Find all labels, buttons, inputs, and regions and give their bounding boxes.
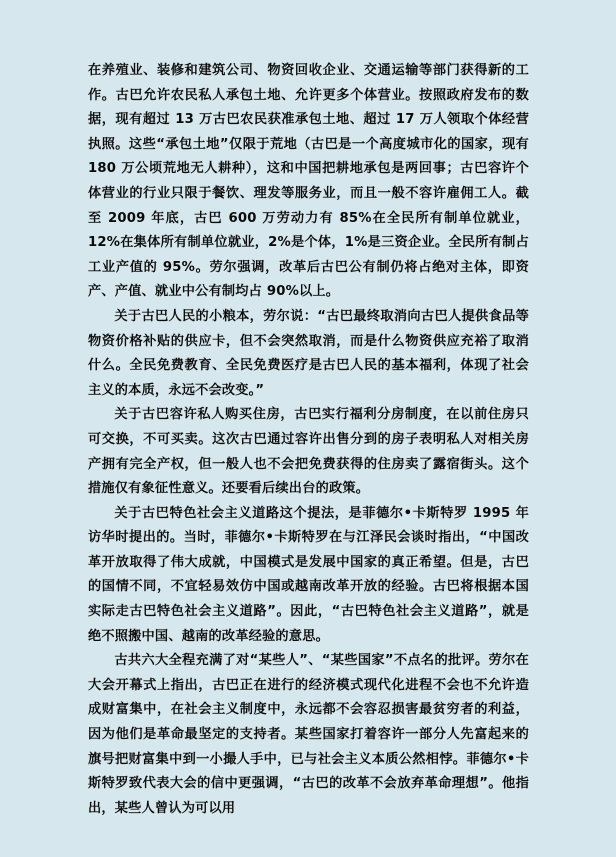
paragraph-cuban-socialism-road: 关于古巴特色社会主义道路这个提法，是菲德尔•卡斯特罗 1995 年访华时提出的。… — [88, 502, 529, 650]
text-block: 在养殖业、装修和建筑公司、物资回收企业、交通运输等部门获得新的工作。古巴允许农民… — [88, 59, 529, 821]
document-page: 在养殖业、装修和建筑公司、物资回收企业、交通运输等部门获得新的工作。古巴允许农民… — [0, 0, 616, 857]
paragraph-party-congress-criticism: 古共六大全程充满了对“某些人”、“某些国家”不点名的批评。劳尔在大会开幕式上指出… — [88, 649, 529, 821]
paragraph-ration-book: 关于古巴人民的小粮本，劳尔说：“古巴最终取消向古巴人提供食品等物资价格补贴的供应… — [88, 305, 529, 403]
paragraph-continuation: 在养殖业、装修和建筑公司、物资回收企业、交通运输等部门获得新的工作。古巴允许农民… — [88, 59, 529, 305]
paragraph-housing: 关于古巴容许私人购买住房，古巴实行福利分房制度，在以前住房只可交换，不可买卖。这… — [88, 403, 529, 501]
